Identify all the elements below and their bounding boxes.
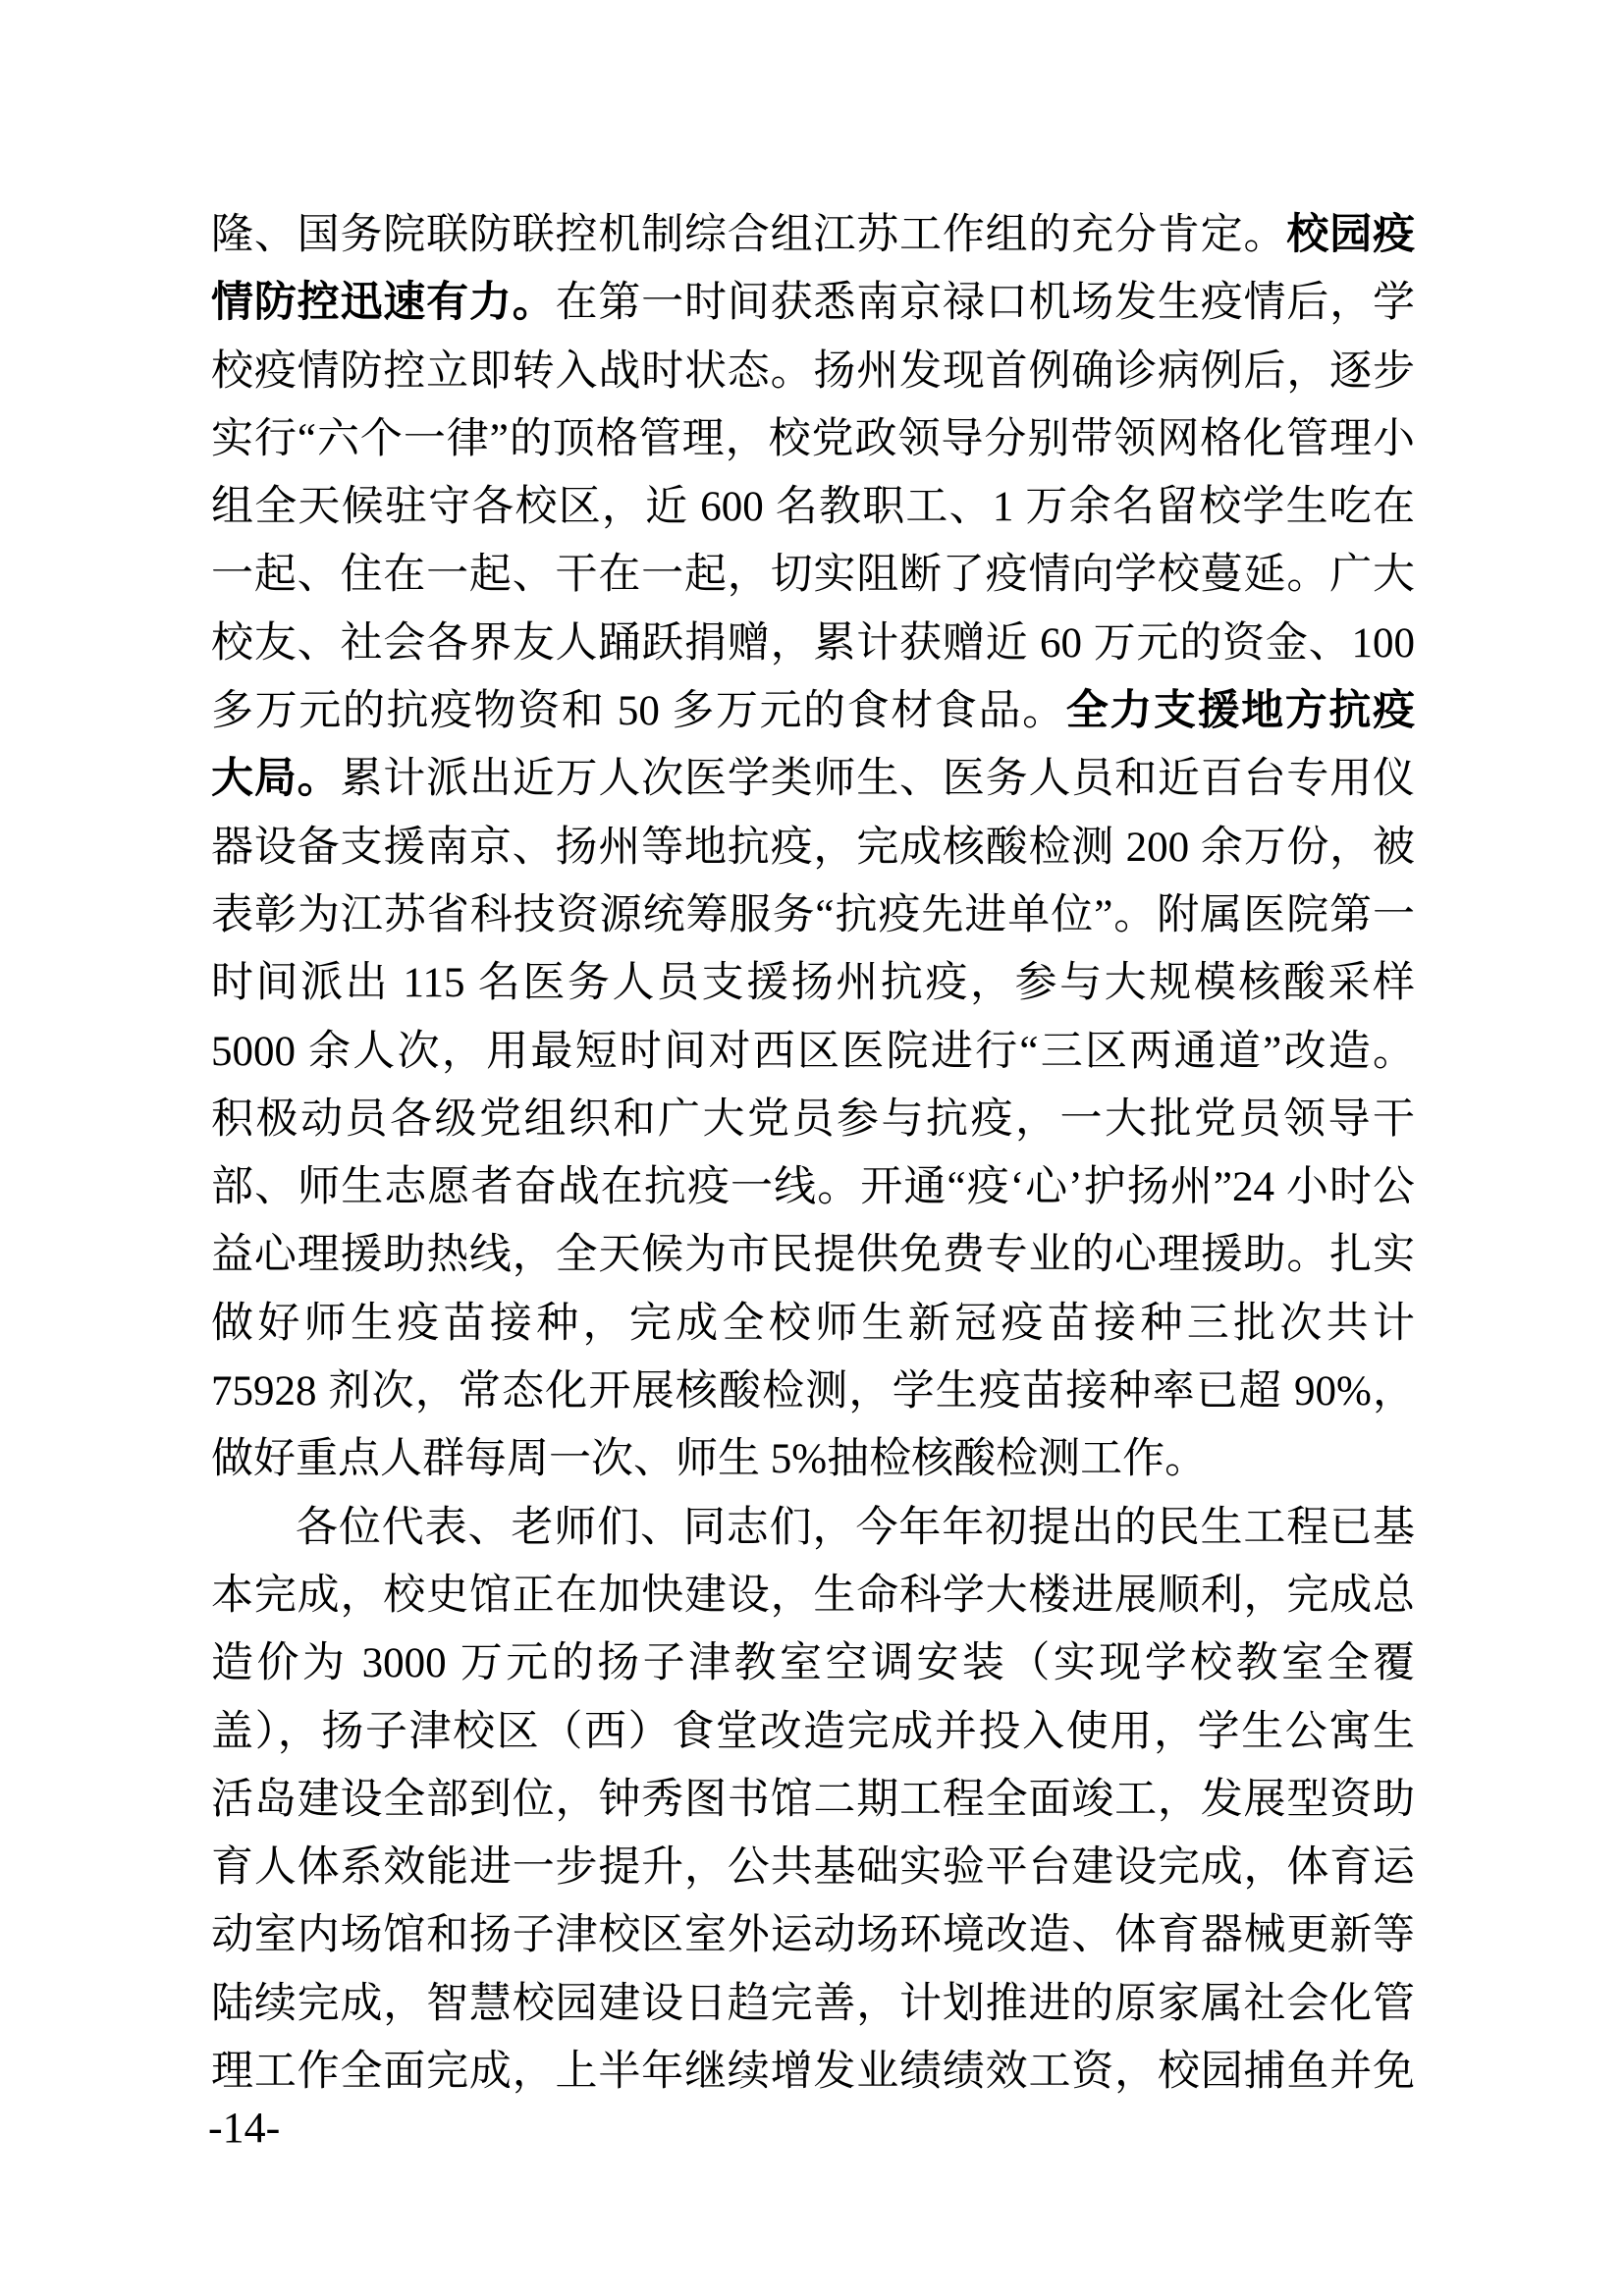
text-segment: 在第一时间获悉南京禄口机场发生疫情后，学 — [556, 280, 1415, 326]
text-line: 各位代表、老师们、同志们，今年年初提出的民生工程已基 — [211, 1494, 1415, 1562]
bold-text-segment: 全力支援地方抗疫 — [1066, 688, 1415, 734]
text-line: 造价为 3000 万元的扬子津教室空调安装（实现学校教室全覆 — [211, 1629, 1415, 1697]
text-line: 组全天候驻守各校区，近 600 名教职工、1 万余名留校学生吃在 — [211, 473, 1415, 541]
text-segment: 动室内场馆和扬子津校区室外运动场环境改造、体育器械更新等 — [211, 1912, 1415, 1958]
text-line: 多万元的抗疫物资和 50 多万元的食材食品。全力支援地方抗疫 — [211, 677, 1415, 745]
bold-text-segment: 校园疫 — [1286, 212, 1415, 258]
text-line: 情防控迅速有力。在第一时间获悉南京禄口机场发生疫情后，学 — [211, 269, 1415, 337]
text-segment: 活岛建设全部到位，钟秀图书馆二期工程全面竣工，发展型资助 — [211, 1777, 1415, 1823]
text-line: 一起、住在一起、干在一起，切实阻断了疫情向学校蔓延。广大 — [211, 541, 1415, 609]
text-line: 实行“六个一律”的顶格管理，校党政领导分别带领网格化管理小 — [211, 405, 1415, 473]
bold-text-segment: 大局。 — [211, 756, 340, 802]
text-segment: 器设备支援南京、扬州等地抗疫，完成核酸检测 200 余万份，被 — [211, 825, 1415, 871]
text-line: 益心理援助热线，全天候为市民提供免费专业的心理援助。扎实 — [211, 1221, 1415, 1289]
text-segment: 育人体系效能进一步提升，公共基础实验平台建设完成，体育运 — [211, 1844, 1415, 1891]
text-line: 育人体系效能进一步提升，公共基础实验平台建设完成，体育运 — [211, 1834, 1415, 1901]
text-line: 做好重点人群每周一次、师生 5%抽检核酸检测工作。 — [211, 1425, 1415, 1493]
document-page: 隆、国务院联防联控机制综合组江苏工作组的充分肯定。校园疫情防控迅速有力。在第一时… — [0, 0, 1624, 2296]
text-line: 时间派出 115 名医务人员支援扬州抗疫，参与大规模核酸采样 — [211, 949, 1415, 1017]
text-line: 动室内场馆和扬子津校区室外运动场环境改造、体育器械更新等 — [211, 1901, 1415, 1969]
text-segment: 盖），扬子津校区（西）食堂改造完成并投入使用，学生公寓生 — [211, 1709, 1415, 1755]
bold-text-segment: 情防控迅速有力。 — [211, 280, 556, 326]
text-segment: 隆、国务院联防联控机制综合组江苏工作组的充分肯定。 — [211, 212, 1286, 258]
text-segment: 实行“六个一律”的顶格管理，校党政领导分别带领网格化管理小 — [211, 416, 1415, 462]
text-segment: 益心理援助热线，全天候为市民提供免费专业的心理援助。扎实 — [211, 1232, 1415, 1278]
text-segment: 组全天候驻守各校区，近 600 名教职工、1 万余名留校学生吃在 — [211, 484, 1415, 530]
text-segment: 陆续完成，智慧校园建设日趋完善，计划推进的原家属社会化管 — [211, 1981, 1415, 2027]
text-segment: 多万元的抗疫物资和 50 多万元的食材食品。 — [211, 688, 1066, 734]
text-line: 隆、国务院联防联控机制综合组江苏工作组的充分肯定。校园疫 — [211, 201, 1415, 269]
text-line: 5000 余人次，用最短时间对西区医院进行“三区两通道”改造。 — [211, 1018, 1415, 1086]
text-line: 活岛建设全部到位，钟秀图书馆二期工程全面竣工，发展型资助 — [211, 1766, 1415, 1834]
text-segment: 理工作全面完成，上半年继续增发业绩绩效工资，校园捕鱼并免 — [211, 2049, 1415, 2095]
text-line: 本完成，校史馆正在加快建设，生命科学大楼进展顺利，完成总 — [211, 1562, 1415, 1629]
document-body: 隆、国务院联防联控机制综合组江苏工作组的充分肯定。校园疫情防控迅速有力。在第一时… — [211, 201, 1415, 2106]
text-segment: 5000 余人次，用最短时间对西区医院进行“三区两通道”改造。 — [211, 1029, 1415, 1075]
text-line: 大局。累计派出近万人次医学类师生、医务人员和近百台专用仪 — [211, 745, 1415, 813]
text-line: 表彰为江苏省科技资源统筹服务“抗疫先进单位”。附属医院第一 — [211, 881, 1415, 949]
text-segment: 校友、社会各界友人踊跃捐赠，累计获赠近 60 万元的资金、100 — [211, 620, 1415, 667]
text-segment: 部、师生志愿者奋战在抗疫一线。开通“疫‘心’护扬州”24 小时公 — [211, 1164, 1415, 1210]
text-segment: 校疫情防控立即转入战时状态。扬州发现首例确诊病例后，逐步 — [211, 348, 1415, 395]
text-segment: 时间派出 115 名医务人员支援扬州抗疫，参与大规模核酸采样 — [211, 960, 1415, 1006]
text-line: 积极动员各级党组织和广大党员参与抗疫，一大批党员领导干 — [211, 1086, 1415, 1153]
text-line: 理工作全面完成，上半年继续增发业绩绩效工资，校园捕鱼并免 — [211, 2038, 1415, 2106]
text-segment: 积极动员各级党组织和广大党员参与抗疫，一大批党员领导干 — [211, 1096, 1415, 1143]
text-segment: 各位代表、老师们、同志们，今年年初提出的民生工程已基 — [296, 1505, 1415, 1551]
text-segment: 造价为 3000 万元的扬子津教室空调安装（实现学校教室全覆 — [211, 1640, 1415, 1686]
text-line: 校疫情防控立即转入战时状态。扬州发现首例确诊病例后，逐步 — [211, 338, 1415, 405]
text-segment: 本完成，校史馆正在加快建设，生命科学大楼进展顺利，完成总 — [211, 1573, 1415, 1619]
text-segment: 做好师生疫苗接种，完成全校师生新冠疫苗接种三批次共计 — [211, 1301, 1415, 1347]
text-segment: 表彰为江苏省科技资源统筹服务“抗疫先进单位”。附属医院第一 — [211, 892, 1415, 938]
text-segment: 一起、住在一起、干在一起，切实阻断了疫情向学校蔓延。广大 — [211, 552, 1415, 598]
text-line: 陆续完成，智慧校园建设日趋完善，计划推进的原家属社会化管 — [211, 1970, 1415, 2038]
page-number: -14- — [208, 2103, 280, 2154]
text-line: 盖），扬子津校区（西）食堂改造完成并投入使用，学生公寓生 — [211, 1698, 1415, 1766]
text-line: 75928 剂次，常态化开展核酸检测，学生疫苗接种率已超 90%， — [211, 1358, 1415, 1425]
text-line: 做好师生疫苗接种，完成全校师生新冠疫苗接种三批次共计 — [211, 1290, 1415, 1358]
text-segment: 做好重点人群每周一次、师生 5%抽检核酸检测工作。 — [211, 1436, 1207, 1482]
text-segment: 75928 剂次，常态化开展核酸检测，学生疫苗接种率已超 90%， — [211, 1368, 1415, 1415]
text-line: 校友、社会各界友人踊跃捐赠，累计获赠近 60 万元的资金、100 — [211, 610, 1415, 677]
text-segment: 累计派出近万人次医学类师生、医务人员和近百台专用仪 — [340, 756, 1415, 802]
text-line: 器设备支援南京、扬州等地抗疫，完成核酸检测 200 余万份，被 — [211, 814, 1415, 881]
text-line: 部、师生志愿者奋战在抗疫一线。开通“疫‘心’护扬州”24 小时公 — [211, 1153, 1415, 1221]
